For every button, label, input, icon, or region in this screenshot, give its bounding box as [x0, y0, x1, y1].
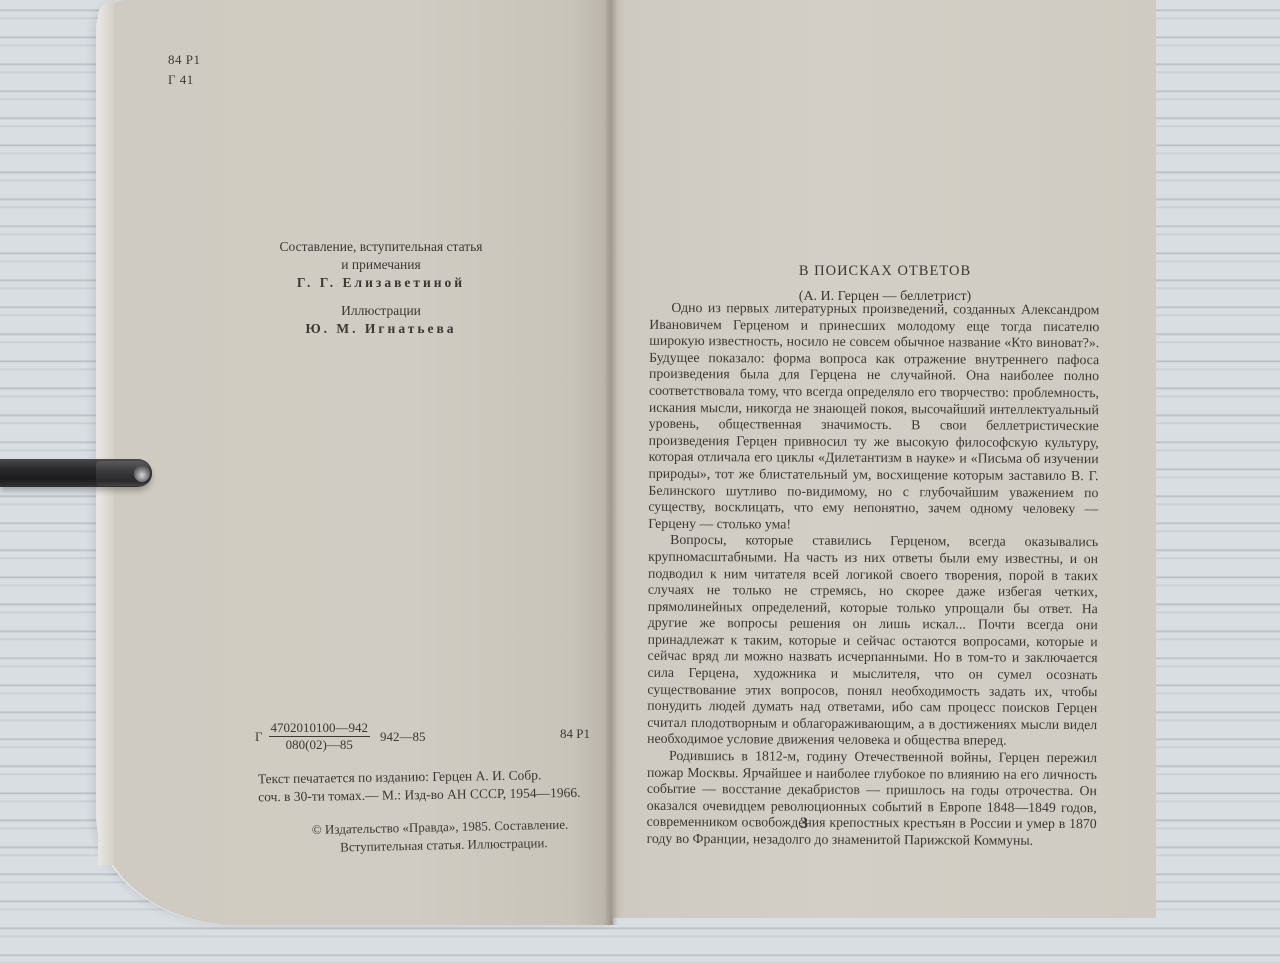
- credits-line-1: Составление, вступительная статья: [248, 238, 514, 256]
- publication-index: Г 4702010100—942 080(02)—85 942—85: [255, 720, 426, 753]
- pen-end-cap: [134, 465, 150, 482]
- copyright-notice: © Издательство «Правда», 1985. Составлен…: [312, 815, 603, 857]
- credits-block: Составление, вступительная статья и прим…: [248, 238, 514, 338]
- index-numerator: 4702010100—942: [269, 720, 371, 737]
- source-edition-note: Текст печатается по изданию: Герцен А. И…: [258, 766, 598, 807]
- library-classification-code: 84 Р1 Г 41: [168, 50, 200, 90]
- paragraph-1: Одно из первых литературных произведений…: [648, 300, 1099, 535]
- illustrator-name: Ю. М. Игнатьева: [248, 320, 514, 338]
- chapter-title: В ПОИСКАХ ОТВЕТОВ: [620, 263, 1150, 280]
- body-text: Одно из первых литературных произведений…: [647, 300, 1100, 850]
- compiler-name: Г. Г. Елизаветиной: [248, 274, 514, 292]
- bbk-code-bottom: 84 Р1: [560, 726, 590, 742]
- illustrations-label: Иллюстрации: [248, 302, 514, 320]
- book-gutter: [604, 0, 618, 925]
- index-fraction: 4702010100—942 080(02)—85: [269, 720, 371, 753]
- credits-line-2: и примечания: [248, 256, 514, 274]
- page-number: 3: [800, 815, 808, 833]
- author-mark: Г 41: [168, 70, 200, 90]
- bbk-code: 84 Р1: [168, 50, 200, 70]
- index-suffix: 942—85: [380, 729, 426, 745]
- index-denominator: 080(02)—85: [286, 737, 353, 753]
- photo-scene: 84 Р1 Г 41 Составление, вступительная ст…: [0, 0, 1280, 963]
- index-prefix: Г: [255, 729, 263, 745]
- paragraph-3: Родившись в 1812-м, годину Отечественной…: [647, 748, 1098, 850]
- paragraph-2: Вопросы, которые ставились Герценом, все…: [647, 532, 1098, 750]
